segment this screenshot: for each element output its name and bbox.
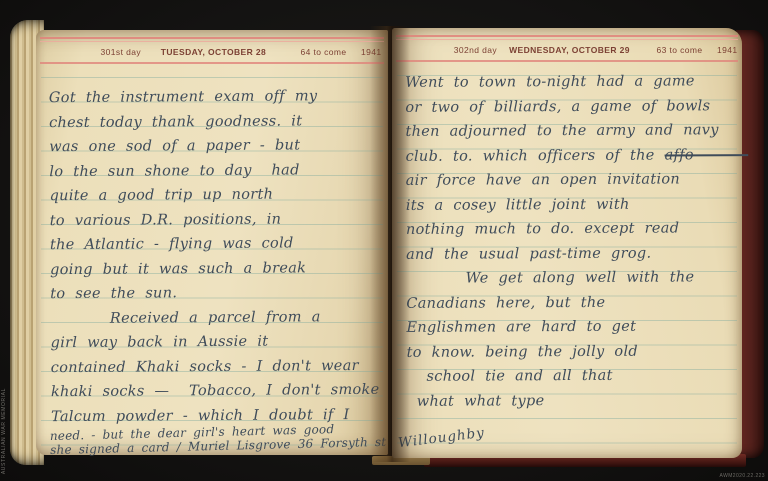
day-number-label: 301st day — [46, 47, 141, 57]
diary-line: and the usual past-time grog. — [406, 241, 736, 267]
diary-line: chest today thank goodness. it — [49, 108, 381, 135]
diary-line: the Atlantic - flying was cold — [50, 231, 382, 258]
diary-line: to various D.R. positions, in — [50, 206, 382, 233]
diary-line: lo the sun shone to day had — [49, 157, 381, 184]
day-number-label: 302nd day — [402, 45, 497, 55]
archive-watermark-right: AWM2020.22.223 — [720, 473, 765, 479]
diary-line: then adjourned to the army and navy — [405, 118, 735, 144]
handwritten-entry-left-bottom: need. - but the dear girl's heart was go… — [50, 422, 383, 457]
diary-line: its a cosey little joint with — [406, 192, 736, 218]
diary-line: quite a good trip up north — [49, 182, 381, 209]
diary-line: what what type — [407, 388, 737, 414]
diary-photograph: 301st day TUESDAY, OCTOBER 28 64 to come… — [0, 0, 768, 481]
diary-page-right: 302nd day WEDNESDAY, OCTOBER 29 63 to co… — [392, 28, 742, 458]
diary-line: to see the sun. — [50, 280, 382, 307]
diary-line: school tie and all that — [407, 363, 737, 389]
handwritten-entry-right: Went to town to-night had a gameor two o… — [405, 69, 737, 414]
diary-line: air force have an open invitation — [406, 167, 736, 193]
printed-page-header-left: 301st day TUESDAY, OCTOBER 28 64 to come… — [46, 47, 378, 57]
year-label: 1941 — [717, 45, 752, 55]
diary-line: to know. being the jolly old — [407, 339, 737, 365]
diary-line: Got the instrument exam off my — [49, 84, 381, 111]
diary-line: Went to town to-night had a game — [405, 69, 735, 95]
diary-page-left: 301st day TUESDAY, OCTOBER 28 64 to come… — [36, 30, 388, 455]
diary-line: Englishmen are hard to get — [406, 314, 736, 340]
printed-page-header-right: 302nd day WEDNESDAY, OCTOBER 29 63 to co… — [402, 45, 732, 55]
diary-line: or two of billiards, a game of bowls — [405, 94, 735, 120]
diary-line: club. to. which officers of the affo ——— — [405, 143, 735, 169]
date-label: TUESDAY, OCTOBER 28 — [141, 47, 286, 57]
printed-red-rule-header-bottom — [396, 60, 738, 62]
diary-line: contained Khaki socks - I don't wear — [51, 353, 383, 380]
printed-red-rule-top — [40, 37, 384, 39]
days-to-come-label: 64 to come — [286, 47, 361, 57]
date-label: WEDNESDAY, OCTOBER 29 — [497, 45, 642, 55]
diary-line: Canadians here, but the — [406, 290, 736, 316]
diary-line: khaki socks — Tobacco, I don't smoke — [51, 378, 383, 405]
diary-line: girl way back in Aussie it — [51, 329, 383, 356]
diary-line: was one sod of a paper - but — [49, 133, 381, 160]
printed-red-rule-top — [396, 35, 738, 37]
diary-line: We get along well with the — [406, 265, 736, 291]
diary-line: going but it was such a break — [50, 255, 382, 282]
days-to-come-label: 63 to come — [642, 45, 717, 55]
printed-red-rule-top-thin — [40, 41, 384, 42]
diary-line: Received a parcel from a — [50, 304, 382, 331]
year-label: 1941 — [361, 47, 396, 57]
printed-red-rule-header-bottom — [40, 62, 384, 64]
archive-watermark-left: AUSTRALIAN WAR MEMORIAL — [1, 388, 7, 474]
diary-line: nothing much to do. except read — [406, 216, 736, 242]
printed-red-rule-top-thin — [396, 39, 738, 40]
handwritten-entry-left: Got the instrument exam off mychest toda… — [49, 84, 383, 429]
